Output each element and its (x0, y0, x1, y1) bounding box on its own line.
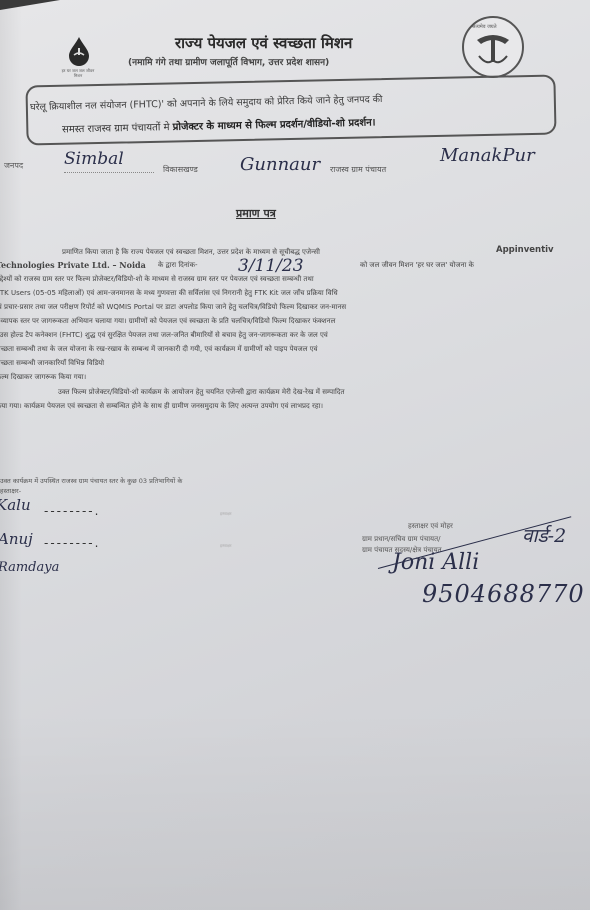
mission-subtitle: (नमामि गंगे तथा ग्रामीण जलापूर्ति विभाग,… (128, 55, 329, 68)
phone-number: 9504688770 (422, 580, 585, 608)
logo-caption: हर घर जल जल जीवन मिशन (58, 68, 98, 78)
body-line: FTK Users (05-05 महिलाओं) एवं आम-जनमानस … (0, 287, 338, 301)
page-corner (0, 0, 60, 10)
sign-and-seal-label: हस्ताक्षर एवं मोहर (408, 522, 453, 531)
jal-jeevan-mission-logo-icon (66, 36, 92, 66)
agency-name-cont: Technologies Private Ltd. – Noida (0, 259, 146, 273)
body-line: किया गया। कार्यक्रम पेयजल एवं स्वच्छता स… (0, 400, 323, 414)
agency-name: Appinventiv (496, 244, 554, 258)
district-value: Simbal (64, 149, 124, 169)
certificate-heading: प्रमाण पत्र (236, 206, 276, 221)
mission-title: राज्य पेयजल एवं स्वच्छता मिशन (175, 33, 352, 53)
district-label: जनपद (4, 160, 23, 171)
ward-value: वार्ड-2 (522, 522, 566, 548)
authority-role-label: ग्राम प्रधान/सचिव ग्राम पंचायत/ (362, 535, 440, 544)
participant-signature-3: Ramdaya (0, 560, 59, 575)
up-government-emblem-icon: सत्यमेव जयते (462, 16, 524, 78)
block-label: विकासखण्ड (163, 164, 198, 175)
gram-panchayat-value: ManakPur (440, 145, 535, 166)
participant-signature-2: Anuj (0, 530, 33, 548)
body-line: स्वच्छता सम्बन्धी जानकारियाँ विभिन्न विड… (0, 357, 104, 371)
body-line: फिल्म दिखाकर जागरूक किया गया। (0, 371, 86, 385)
gram-panchayat-label: राजस्व ग्राम पंचायत (330, 164, 386, 175)
emblem-text: सत्यमेव जयते (472, 24, 497, 30)
authority-signature: Joni Alli (392, 550, 479, 575)
body-line: हाउस होल्ड टैप कनेक्शन (FHTC) शुद्ध एवं … (0, 329, 328, 343)
page-shadow-bottom (0, 710, 590, 910)
signature-line: --------. (44, 536, 100, 550)
signature-line: --------. (44, 504, 100, 518)
program-date: 3/11/23 (238, 256, 304, 276)
participants-note-2: हस्ताक्षर- (0, 486, 21, 495)
participants-note: उक्त कार्यक्रम में उपस्थित राजस्व ग्राम … (0, 476, 182, 485)
faint-label: हस्ताक्षर (220, 543, 232, 549)
body-line: एवं प्रचार-प्रसार तथा जल परीक्षण रिपोर्ट… (0, 301, 346, 315)
body-line: के द्वारा दिनांक- (158, 259, 197, 273)
participant-signature-1: Kalu (0, 496, 31, 514)
body-line: उक्त फिल्म प्रोजेक्टर/विडियो-शो कार्यक्र… (58, 386, 344, 400)
body-line: में व्यापक स्तर पर जागरूकता अभियान चलाया… (0, 315, 335, 329)
faint-label: हस्ताक्षर (220, 511, 232, 517)
block-value: Gunnaur (240, 154, 320, 175)
district-underline (64, 172, 154, 173)
body-line: को जल जीवन मिशन 'हर घर जल' योजना के (360, 259, 474, 273)
body-line: स्वच्छता सम्बन्धी तथा के जल योजना के रख-… (0, 343, 318, 357)
